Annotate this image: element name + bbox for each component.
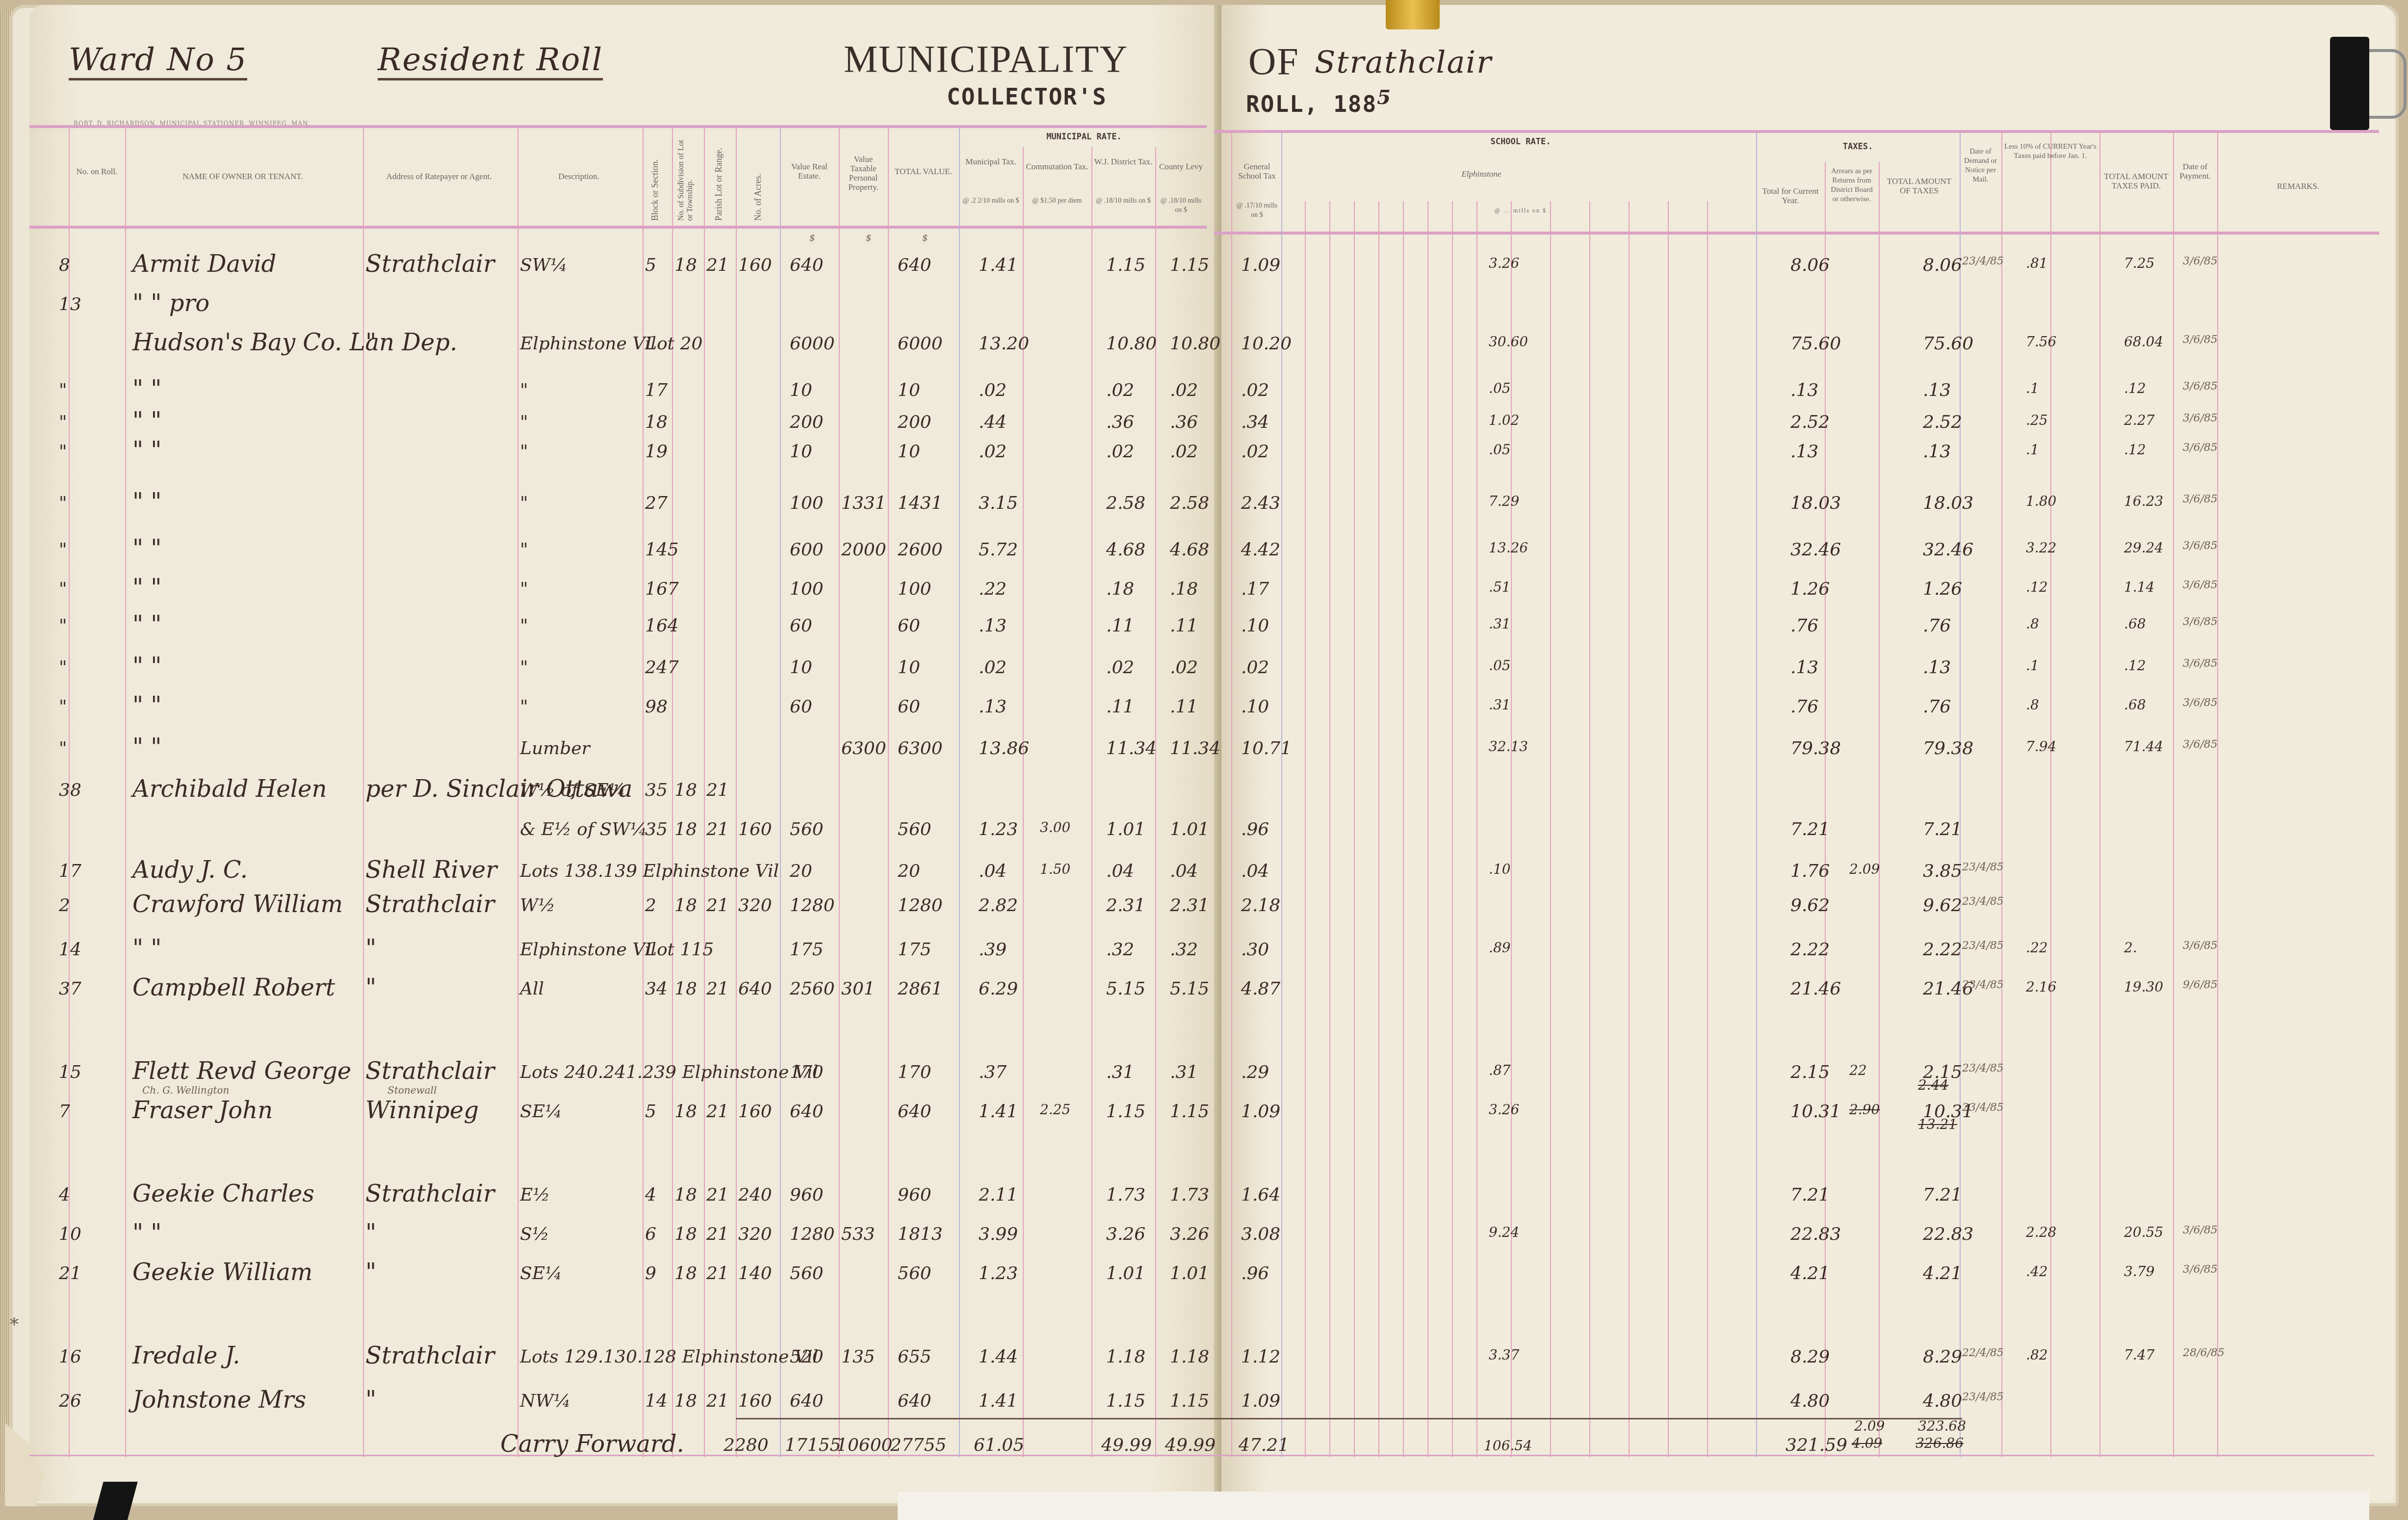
col-rule — [1668, 201, 1669, 1457]
total-rule — [736, 1418, 1962, 1419]
col-rule — [1281, 132, 1282, 1457]
rate-school-general: @ .17/10 mills on $ — [1234, 201, 1280, 220]
row-amount: 8.29 — [1923, 1347, 1962, 1367]
row-desc: SW¼ — [520, 255, 568, 275]
row-dist: 1.73 — [1106, 1185, 1145, 1205]
row-sub: 18 — [674, 979, 697, 999]
row-amount-struck: 2.44 — [1918, 1077, 1948, 1093]
col-rule — [1403, 201, 1404, 1457]
row-dist: 1.15 — [1106, 255, 1145, 275]
row-date: 3/6/85 — [2183, 697, 2218, 709]
row-desc: " — [520, 442, 528, 462]
row-real: 170 — [790, 1062, 824, 1082]
row-sub: 18 — [674, 1224, 697, 1244]
row-dist: .11 — [1106, 697, 1134, 717]
col-rule — [643, 128, 644, 1457]
row-block: 6 — [645, 1224, 656, 1244]
row-paid: 29.24 — [2124, 540, 2163, 556]
row-school: 10.71 — [1241, 738, 1292, 759]
printed-of: OF — [1248, 39, 1299, 83]
row-name: Flett Revd George — [132, 1057, 351, 1085]
row-amount: 1.26 — [1923, 579, 1962, 599]
row-real: 640 — [790, 1101, 824, 1122]
row-school: .10 — [1241, 697, 1269, 717]
row-school: 1.64 — [1241, 1185, 1280, 1205]
row-no: " — [59, 380, 67, 400]
row-desc: W½ — [520, 895, 555, 916]
ward-label: Ward No 5 — [69, 42, 247, 80]
col-rule — [780, 128, 781, 1457]
row-acres: 160 — [738, 255, 772, 275]
col-rule — [1091, 147, 1092, 1457]
row-real: 520 — [790, 1347, 824, 1367]
row-dist: .02 — [1106, 442, 1134, 462]
row-address: Strathclair — [365, 891, 494, 918]
row-mun: 1.23 — [979, 819, 1018, 839]
row-less: .82 — [2026, 1347, 2048, 1363]
row-name: Geekie William — [132, 1258, 312, 1286]
row-real: 560 — [790, 1263, 824, 1284]
row-cur: 2.15 — [1790, 1062, 1830, 1082]
row-real: 2560 — [790, 979, 835, 999]
row-name: " " — [132, 692, 161, 719]
row-paid: 7.47 — [2124, 1347, 2154, 1363]
row-no: 15 — [59, 1062, 81, 1082]
row-total: 1431 — [898, 493, 943, 513]
row-school: .10 — [1241, 616, 1269, 636]
row-amount: .13 — [1923, 380, 1951, 400]
row-desc: & E½ of SW¼ — [520, 819, 647, 839]
row-paid: 20.55 — [2124, 1224, 2163, 1240]
row-no: " — [59, 738, 67, 759]
row-date: 9/6/85 — [2183, 979, 2218, 991]
row-cur: 4.21 — [1790, 1263, 1830, 1284]
row-total: 655 — [898, 1347, 932, 1367]
row-personal: 1331 — [841, 493, 886, 513]
row-real: 10 — [790, 442, 812, 462]
row-dist: 2.58 — [1106, 493, 1145, 513]
rate-placeholders: @ ... mills on $ — [1285, 206, 1756, 215]
row-real: 1280 — [790, 895, 835, 916]
col-rule — [2173, 132, 2174, 1457]
row-name: " " — [132, 488, 161, 516]
row-less: .1 — [2026, 380, 2039, 396]
row-real: 60 — [790, 697, 812, 717]
row-amount: 4.21 — [1923, 1263, 1962, 1284]
row-cur: 7.21 — [1790, 1185, 1830, 1205]
header-bottom-rule-right — [1214, 232, 2379, 235]
row-school: .96 — [1241, 819, 1269, 839]
row-name: " " — [132, 935, 161, 962]
row-block: 19 — [645, 442, 668, 462]
row-school: .04 — [1241, 861, 1269, 881]
header-total-paid: TOTAL AMOUNT TAXES PAID. — [2102, 172, 2171, 190]
row-less: 7.56 — [2026, 334, 2056, 350]
row-elph: 3.37 — [1489, 1347, 1519, 1363]
row-cur: .13 — [1790, 380, 1818, 400]
binder-clip-wire-icon — [2369, 49, 2407, 119]
row-mun: 6.29 — [979, 979, 1018, 999]
group-taxes: TAXES. — [1759, 142, 1957, 152]
row-name: Fraser John — [132, 1097, 273, 1124]
row-no: " — [59, 579, 67, 599]
row-date: 3/6/85 — [2183, 255, 2218, 267]
row-real: 100 — [790, 579, 824, 599]
row-paid: 16.23 — [2124, 493, 2163, 509]
row-name: Campbell Robert — [132, 974, 335, 1001]
col-rule — [363, 128, 364, 1457]
row-mun: .37 — [979, 1062, 1007, 1082]
row-name: " " — [132, 375, 161, 403]
row-acres: 240 — [738, 1185, 772, 1205]
row-paid: .68 — [2124, 616, 2146, 632]
row-total: 10 — [898, 380, 920, 400]
col-rule — [1231, 132, 1232, 1457]
row-elph: .05 — [1489, 657, 1511, 674]
row-amount: 2.52 — [1923, 412, 1962, 432]
row-address: Strathclair — [365, 1342, 494, 1369]
row-amount-struck: 13.21 — [1918, 1116, 1957, 1132]
row-block: 247 — [645, 657, 679, 678]
row-no: 2 — [59, 895, 70, 916]
row-elph: 3.26 — [1489, 255, 1519, 271]
col-rule — [1452, 201, 1453, 1457]
row-dist: 1.01 — [1106, 819, 1145, 839]
cf-school: 47.21 — [1239, 1435, 1289, 1455]
row-county: 1.15 — [1170, 255, 1209, 275]
row-mun: 13.86 — [979, 738, 1029, 759]
row-elph: 1.02 — [1489, 412, 1519, 428]
row-amount: 9.62 — [1923, 895, 1962, 916]
col-rule — [2050, 132, 2051, 1457]
row-less: .8 — [2026, 697, 2039, 713]
header-roll-no: No. on Roll. — [71, 167, 123, 176]
row-sub: 18 — [674, 780, 697, 800]
row-county: .32 — [1170, 940, 1198, 960]
row-county: .11 — [1170, 616, 1198, 636]
row-real: 6000 — [790, 334, 835, 354]
header-name: NAME OF OWNER OR TENANT. — [128, 172, 358, 181]
row-less: .25 — [2026, 412, 2048, 428]
row-total: 6300 — [898, 738, 943, 759]
rate-municipal: @ .2 2/10 mills on $ — [961, 196, 1020, 206]
row-total: 60 — [898, 697, 920, 717]
row-no: " — [59, 540, 67, 560]
row-cur: 2.52 — [1790, 412, 1830, 432]
row-address: " — [365, 329, 376, 356]
row-total: 640 — [898, 1391, 932, 1411]
row-mun: .39 — [979, 940, 1007, 960]
row-elph: 9.24 — [1489, 1224, 1519, 1240]
row-county: 1.15 — [1170, 1101, 1209, 1122]
carry-forward-label: Carry Forward. — [500, 1430, 684, 1458]
row-cur: .76 — [1790, 697, 1818, 717]
row-less: .1 — [2026, 442, 2039, 458]
cf-arrears-struck: 4.09 — [1852, 1435, 1882, 1451]
row-elph: .31 — [1489, 616, 1511, 632]
row-dist: 11.34 — [1106, 738, 1157, 759]
row-comm: 1.50 — [1040, 861, 1070, 877]
roll-year-suffix: 5 — [1377, 86, 1392, 109]
row-parish: 21 — [706, 1391, 729, 1411]
cf-total: 27755 — [890, 1435, 947, 1455]
row-parish: 21 — [706, 895, 729, 916]
col-rule — [2099, 132, 2100, 1457]
row-less: 7.94 — [2026, 738, 2056, 755]
row-sub: 18 — [674, 1101, 697, 1122]
col-rule — [888, 128, 889, 1457]
col-rule — [1879, 162, 1880, 1457]
row-demand: 23/4/85 — [1962, 255, 2004, 267]
row-real: 100 — [790, 493, 824, 513]
row-county: 2.31 — [1170, 895, 1209, 916]
row-block: 9 — [645, 1263, 656, 1284]
row-personal: 6300 — [841, 738, 886, 759]
white-card-under-page — [898, 1492, 2369, 1520]
row-paid: .68 — [2124, 697, 2146, 713]
row-no: 26 — [59, 1391, 81, 1411]
row-amount: 7.21 — [1923, 819, 1962, 839]
row-desc: S½ — [520, 1224, 549, 1244]
header-total-amount: TOTAL AMOUNT OF TAXES — [1881, 177, 1957, 195]
row-cur: .13 — [1790, 657, 1818, 678]
row-county: 11.34 — [1170, 738, 1220, 759]
row-county: .02 — [1170, 657, 1198, 678]
row-name: Geekie Charles — [132, 1180, 314, 1207]
cf-current: 321.59 — [1786, 1435, 1847, 1455]
row-mun: 2.11 — [979, 1185, 1018, 1205]
row-no: 38 — [59, 780, 81, 800]
row-less: .8 — [2026, 616, 2039, 632]
row-total: 6000 — [898, 334, 943, 354]
row-real: 20 — [790, 861, 812, 881]
row-real: 200 — [790, 412, 824, 432]
header-description: Description. — [520, 172, 638, 181]
col-rule — [2217, 132, 2218, 1457]
col-rule — [839, 128, 840, 1457]
row-no: 4 — [59, 1185, 70, 1205]
row-school: .17 — [1241, 579, 1269, 599]
row-address: Winnipeg — [365, 1097, 479, 1124]
row-cur: 21.46 — [1790, 979, 1841, 999]
row-acres: 640 — [738, 979, 772, 999]
header-arrears: Arrears as per Returns from District Boa… — [1827, 167, 1876, 204]
col-rule — [1550, 201, 1551, 1457]
rate-district: @ .18/10 mills on $ — [1094, 196, 1153, 206]
row-desc: " — [520, 540, 528, 560]
row-real: 1280 — [790, 1224, 835, 1244]
row-dist: 5.15 — [1106, 979, 1145, 999]
row-desc: " — [520, 616, 528, 636]
row-block: 145 — [645, 540, 679, 560]
header-address: Address of Ratepayer or Agent. — [365, 172, 513, 181]
header-district-tax: W.J. District Tax. — [1094, 157, 1153, 166]
row-elph: 30.60 — [1489, 334, 1528, 350]
row-desc: Elphinstone Vil — [520, 334, 656, 354]
row-school: 1.12 — [1241, 1347, 1280, 1367]
row-cur: 79.38 — [1790, 738, 1841, 759]
row-cur: 8.06 — [1790, 255, 1830, 275]
row-mun: 2.82 — [979, 895, 1018, 916]
row-amount: 18.03 — [1923, 493, 1973, 513]
row-block: 5 — [645, 255, 656, 275]
row-less: 2.28 — [2026, 1224, 2056, 1240]
row-no: 21 — [59, 1263, 81, 1284]
cf-amount: 323.68 — [1918, 1418, 1966, 1434]
row-dist: 1.15 — [1106, 1101, 1145, 1122]
row-name: Johnstone Mrs — [132, 1386, 306, 1414]
row-block: 35 — [645, 819, 668, 839]
row-desc: SE¼ — [520, 1101, 562, 1122]
row-dist: .11 — [1106, 616, 1134, 636]
header-block: Block or Section. — [650, 147, 660, 221]
row-elph: .05 — [1489, 380, 1511, 396]
row-county: .11 — [1170, 697, 1198, 717]
row-desc: Lots 129.130.128 Elphinstone Vil — [520, 1347, 818, 1367]
row-cur: 10.31 — [1790, 1101, 1841, 1122]
header-municipal-tax: Municipal Tax. — [961, 157, 1020, 166]
row-total: 560 — [898, 1263, 932, 1284]
header-county-levy: County Levy — [1158, 162, 1204, 171]
row-paid: 2.27 — [2124, 412, 2154, 428]
row-date: 3/6/85 — [2183, 442, 2218, 454]
row-parish: 21 — [706, 819, 729, 839]
group-municipal-rate: MUNICIPAL RATE. — [961, 132, 1207, 142]
header-total-value: TOTAL VALUE. — [890, 167, 957, 176]
row-mun: .04 — [979, 861, 1007, 881]
row-desc: E½ — [520, 1185, 550, 1205]
row-cur: 2.22 — [1790, 940, 1830, 960]
row-school: 2.18 — [1241, 895, 1280, 916]
row-total: 20 — [898, 861, 920, 881]
header-total-current: Total for Current Year. — [1759, 186, 1822, 205]
row-dist: .02 — [1106, 380, 1134, 400]
row-comm: 3.00 — [1040, 819, 1070, 836]
row-elph: 3.26 — [1489, 1101, 1519, 1118]
row-school: .29 — [1241, 1062, 1269, 1082]
row-real: 175 — [790, 940, 824, 960]
row-desc: All — [520, 979, 544, 999]
row-cur: 75.60 — [1790, 334, 1841, 354]
cf-acres: 2280 — [724, 1435, 769, 1455]
row-mun: 1.41 — [979, 255, 1018, 275]
row-county: .04 — [1170, 861, 1198, 881]
row-county: 1.01 — [1170, 1263, 1209, 1284]
row-cur: 9.62 — [1790, 895, 1830, 916]
row-name: " " — [132, 611, 161, 638]
row-name: " " pro — [132, 289, 209, 317]
cf-municipal: 61.05 — [974, 1435, 1024, 1455]
header-acres: No. of Acres. — [753, 162, 763, 221]
header-less-10: Less 10% of CURRENT Year's Taxes paid be… — [2004, 142, 2097, 161]
row-date: 3/6/85 — [2183, 380, 2218, 393]
row-cur: 7.21 — [1790, 819, 1830, 839]
row-elph: 32.13 — [1489, 738, 1528, 755]
cf-personal: 10600 — [836, 1435, 893, 1455]
row-name: " " — [132, 437, 161, 464]
col-rule — [1960, 132, 1961, 1457]
roll-type-label: Resident Roll — [378, 42, 603, 80]
row-total: 10 — [898, 442, 920, 462]
row-name: Armit David — [132, 250, 276, 278]
row-amount: 22.83 — [1923, 1224, 1973, 1244]
header-subdivision: No. of Subdivision of Lot or Township. — [677, 140, 695, 221]
row-dist: 1.01 — [1106, 1263, 1145, 1284]
row-amount: .76 — [1923, 697, 1951, 717]
dollar-mark: $ — [809, 233, 815, 243]
row-cur: 32.46 — [1790, 540, 1841, 560]
row-elph: .05 — [1489, 442, 1511, 458]
row-name: Audy J. C. — [132, 856, 248, 884]
header-top-rule — [29, 125, 1207, 128]
row-total: 640 — [898, 255, 932, 275]
cf-elphinstone: 106.54 — [1484, 1438, 1532, 1454]
col-rule — [1707, 201, 1708, 1457]
row-dist: .36 — [1106, 412, 1134, 432]
black-binder-clip-icon — [2330, 37, 2369, 130]
row-name: Archibald Helen — [132, 775, 327, 803]
row-school: 2.43 — [1241, 493, 1280, 513]
row-no: " — [59, 412, 67, 432]
row-block: 14 — [645, 1391, 668, 1411]
row-date: 3/6/85 — [2183, 579, 2218, 591]
row-dist: .32 — [1106, 940, 1134, 960]
row-parish: 21 — [706, 1263, 729, 1284]
row-total: 640 — [898, 1101, 932, 1122]
col-rule — [672, 128, 673, 1457]
col-rule — [2001, 132, 2002, 1457]
row-county: .18 — [1170, 579, 1198, 599]
row-demand: 23/4/85 — [1962, 861, 2004, 873]
row-date: 3/6/85 — [2183, 657, 2218, 670]
row-name: Iredale J. — [132, 1342, 240, 1369]
row-amount: .13 — [1923, 657, 1951, 678]
row-address: Strathclair — [365, 1180, 494, 1207]
row-amount: 2.22 — [1923, 940, 1962, 960]
row-name: " " — [132, 734, 161, 761]
row-amount: .13 — [1923, 442, 1951, 462]
row-address: " — [365, 1386, 376, 1414]
row-no: 7 — [59, 1101, 70, 1122]
row-acres: 320 — [738, 895, 772, 916]
row-demand: 23/4/85 — [1962, 1062, 2004, 1074]
printed-title-municipality: MUNICIPALITY — [844, 37, 1128, 81]
row-amount: 3.85 — [1923, 861, 1962, 881]
row-block: 18 — [645, 412, 668, 432]
row-real: 10 — [790, 380, 812, 400]
row-total: 1280 — [898, 895, 943, 916]
row-block: 17 — [645, 380, 668, 400]
row-sub: 18 — [674, 819, 697, 839]
row-acres: 160 — [738, 1391, 772, 1411]
row-less: 3.22 — [2026, 540, 2056, 556]
row-no: 10 — [59, 1224, 81, 1244]
row-cur: .13 — [1790, 442, 1818, 462]
row-dist: 2.31 — [1106, 895, 1145, 916]
col-rule — [959, 128, 960, 1457]
row-date: 28/6/85 — [2183, 1347, 2225, 1359]
col-rule — [1589, 201, 1590, 1457]
row-amount: 75.60 — [1923, 334, 1973, 354]
row-mun: 1.23 — [979, 1263, 1018, 1284]
col-rule — [736, 128, 737, 1457]
row-name: " " — [132, 535, 161, 562]
row-dist: .18 — [1106, 579, 1134, 599]
row-school: 4.87 — [1241, 979, 1280, 999]
row-name: " " — [132, 1219, 161, 1247]
row-cur: 4.80 — [1790, 1391, 1830, 1411]
row-sub: 18 — [674, 1263, 697, 1284]
